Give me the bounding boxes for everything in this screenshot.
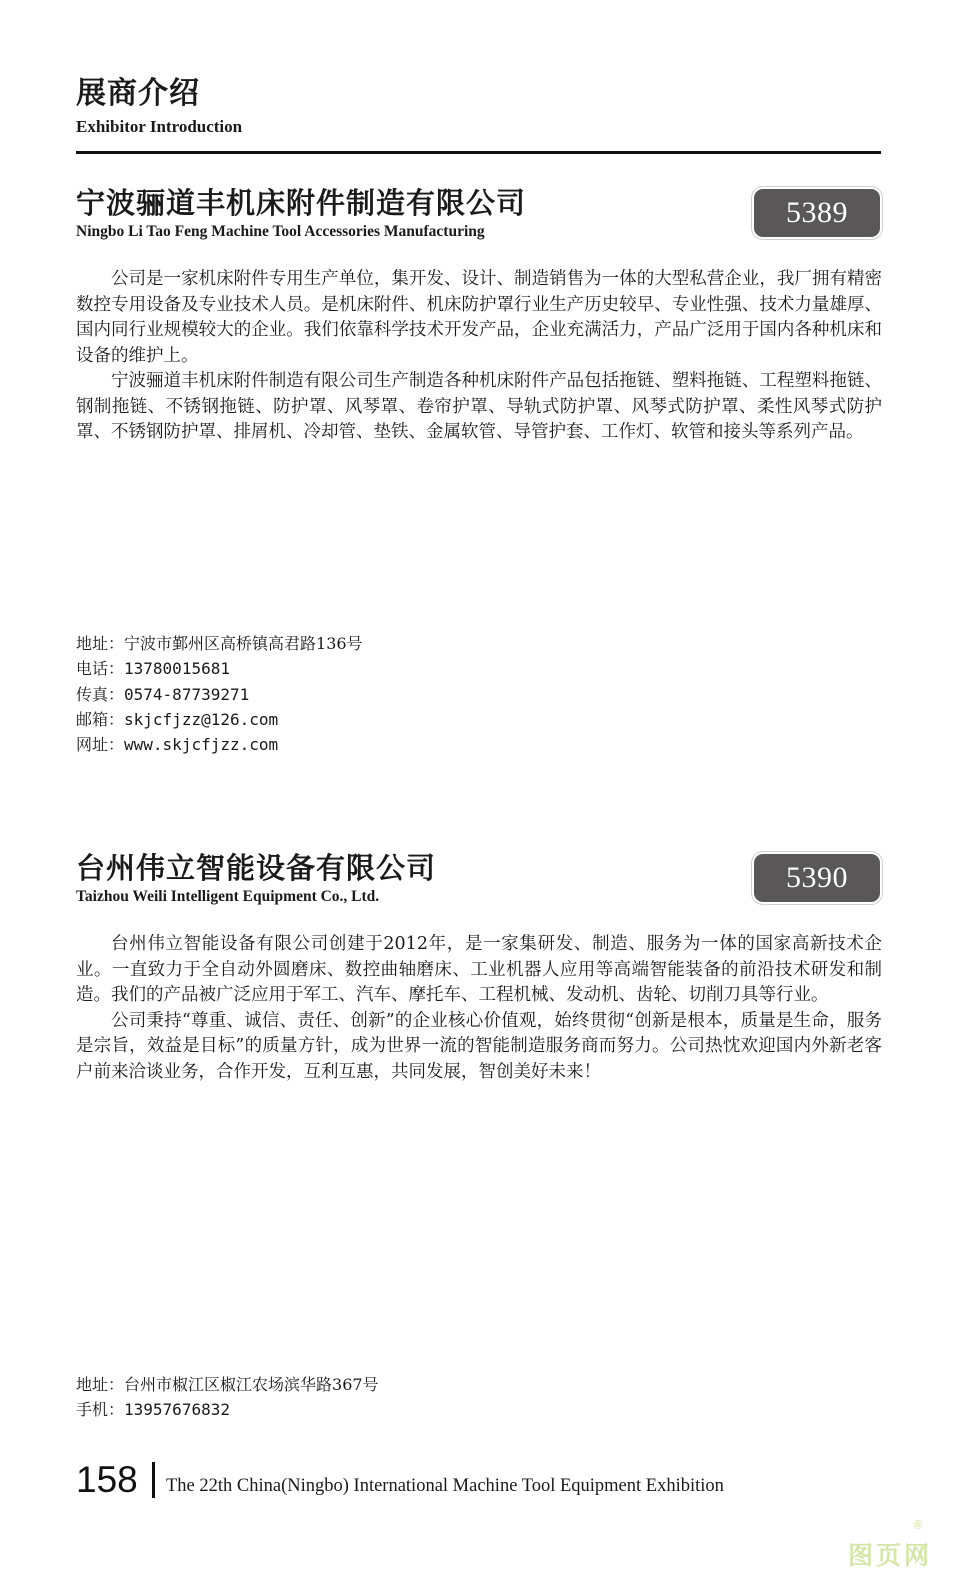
company-name-cn: 宁波骊道丰机床附件制造有限公司 bbox=[76, 185, 526, 221]
contact-value: 13957676832 bbox=[124, 1400, 230, 1419]
contact-address: 地址：台州市椒江区椒江农场滨华路367号 bbox=[76, 1372, 379, 1397]
section-title-cn: 展商介绍 bbox=[76, 74, 200, 114]
footer-divider bbox=[152, 1462, 155, 1498]
contact-mobile: 手机：13957676832 bbox=[76, 1397, 379, 1422]
company-name-en: Ningbo Li Tao Feng Machine Tool Accessor… bbox=[76, 222, 485, 242]
booth-number-badge: 5390 bbox=[754, 854, 880, 902]
contact-info: 地址：台州市椒江区椒江农场滨华路367号 手机：13957676832 bbox=[76, 1372, 379, 1423]
contact-email: 邮箱：skjcfjzz@126.com bbox=[76, 707, 363, 732]
watermark-logo: 图页网 bbox=[848, 1536, 932, 1572]
contact-label: 传真： bbox=[76, 685, 124, 704]
description-paragraph: 公司是一家机床附件专用生产单位，集开发、设计、制造销售为一体的大型私营企业，我厂… bbox=[76, 267, 882, 369]
page-number: 158 bbox=[76, 1459, 138, 1501]
contact-value: 0574-87739271 bbox=[124, 685, 249, 704]
registered-trademark-icon: ® bbox=[912, 1518, 924, 1532]
section-title-en: Exhibitor Introduction bbox=[76, 116, 242, 138]
contact-address: 地址：宁波市鄞州区高桥镇高君路136号 bbox=[76, 631, 363, 656]
contact-info: 地址：宁波市鄞州区高桥镇高君路136号 电话：13780015681 传真：05… bbox=[76, 631, 363, 757]
company-description: 台州伟立智能设备有限公司创建于2012年，是一家集研发、制造、服务为一体的国家高… bbox=[76, 932, 882, 1085]
booth-number-badge: 5389 bbox=[754, 189, 880, 237]
contact-label: 地址： bbox=[76, 1375, 124, 1394]
header-divider bbox=[76, 151, 881, 154]
contact-value: skjcfjzz@126.com bbox=[124, 710, 278, 729]
contact-label: 邮箱： bbox=[76, 710, 124, 729]
contact-value: www.skjcfjzz.com bbox=[124, 735, 278, 754]
contact-value: 宁波市鄞州区高桥镇高君路136号 bbox=[124, 634, 363, 653]
company-name-cn: 台州伟立智能设备有限公司 bbox=[76, 850, 436, 886]
company-description: 公司是一家机床附件专用生产单位，集开发、设计、制造销售为一体的大型私营企业，我厂… bbox=[76, 267, 882, 446]
contact-label: 网址： bbox=[76, 735, 124, 754]
description-paragraph: 台州伟立智能设备有限公司创建于2012年，是一家集研发、制造、服务为一体的国家高… bbox=[76, 932, 882, 1009]
contact-label: 手机： bbox=[76, 1400, 124, 1419]
contact-phone: 电话：13780015681 bbox=[76, 656, 363, 681]
contact-value: 13780015681 bbox=[124, 659, 230, 678]
description-paragraph: 宁波骊道丰机床附件制造有限公司生产制造各种机床附件产品包括拖链、塑料拖链、工程塑… bbox=[76, 369, 882, 446]
company-name-en: Taizhou Weili Intelligent Equipment Co.,… bbox=[76, 887, 379, 907]
exhibition-name: The 22th China(Ningbo) International Mac… bbox=[166, 1475, 724, 1497]
contact-label: 地址： bbox=[76, 634, 124, 653]
contact-website: 网址：www.skjcfjzz.com bbox=[76, 732, 363, 757]
description-paragraph: 公司秉持“尊重、诚信、责任、创新”的企业核心价值观，始终贯彻“创新是根本，质量是… bbox=[76, 1009, 882, 1086]
contact-fax: 传真：0574-87739271 bbox=[76, 682, 363, 707]
contact-value: 台州市椒江区椒江农场滨华路367号 bbox=[124, 1375, 379, 1394]
contact-label: 电话： bbox=[76, 659, 124, 678]
